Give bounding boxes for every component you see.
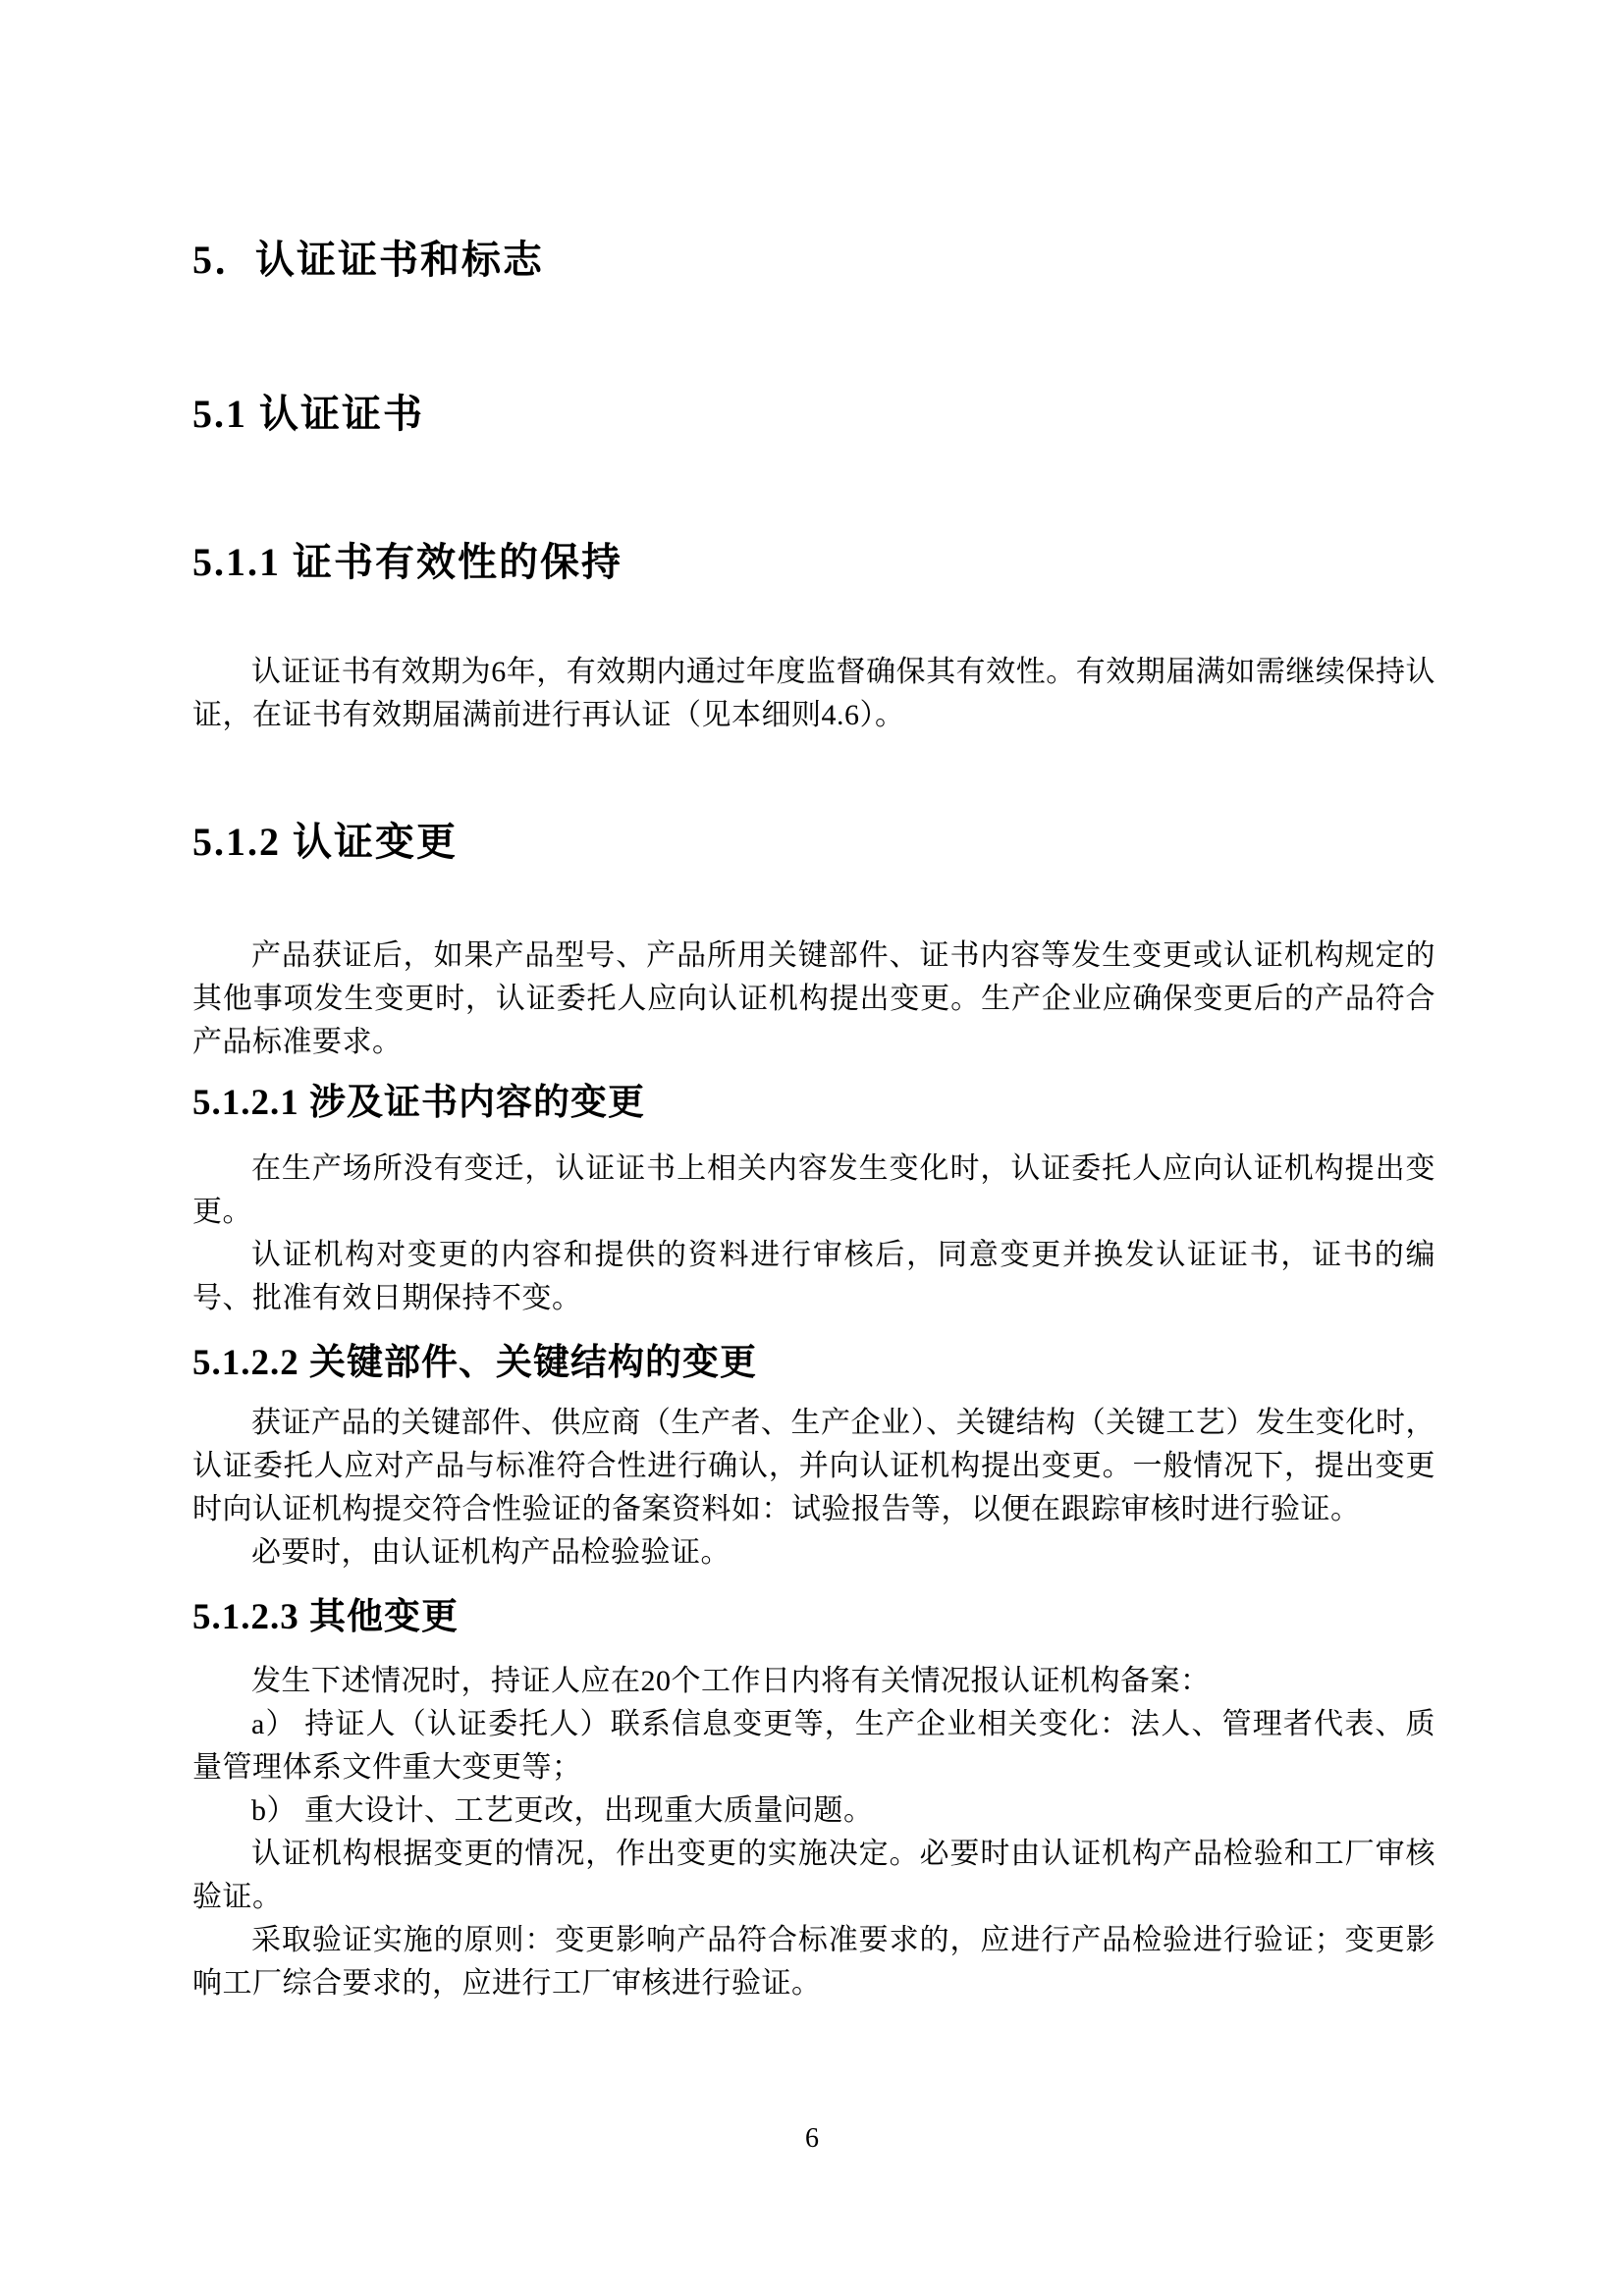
section-5-1-2-3-item-a: a） 持证人（认证委托人）联系信息变更等，生产企业相关变化：法人、管理者代表、质… bbox=[192, 1703, 1435, 1789]
section-5-1-2-3-paragraph: 采取验证实施的原则：变更影响产品符合标准要求的，应进行产品检验进行验证；变更影响… bbox=[192, 1919, 1435, 2005]
section-5-1-heading: 5.1 认证证书 bbox=[192, 390, 1435, 439]
section-5-1-2-1-heading: 5.1.2.1 涉及证书内容的变更 bbox=[192, 1080, 1435, 1126]
section-5-1-2-3-paragraph: 认证机构根据变更的情况，作出变更的实施决定。必要时由认证机构产品检验和工厂审核验… bbox=[192, 1833, 1435, 1919]
section-5-1-2-heading: 5.1.2 认证变更 bbox=[192, 818, 1435, 867]
page-footer: 6 bbox=[0, 2122, 1624, 2156]
page-number: 6 bbox=[805, 2123, 819, 2154]
section-5-1-2-3-heading: 5.1.2.3 其他变更 bbox=[192, 1594, 1435, 1640]
section-5-1-2-2-paragraph: 必要时，由认证机构产品检验验证。 bbox=[192, 1531, 1435, 1575]
chapter-heading: 5．认证证书和标志 bbox=[192, 236, 1435, 285]
section-5-1-1-paragraph: 认证证书有效期为6年，有效期内通过年度监督确保其有效性。有效期届满如需继续保持认… bbox=[192, 651, 1435, 737]
section-5-1-2-1-paragraph: 认证机构对变更的内容和提供的资料进行审核后，同意变更并换发认证证书，证书的编号、… bbox=[192, 1234, 1435, 1320]
section-5-1-2-2-heading: 5.1.2.2 关键部件、关键结构的变更 bbox=[192, 1340, 1435, 1386]
document-page: 5．认证证书和标志 5.1 认证证书 5.1.1 证书有效性的保持 认证证书有效… bbox=[0, 0, 1624, 2296]
section-5-1-2-3-item-b: b） 重大设计、工艺更改，出现重大质量问题。 bbox=[192, 1789, 1435, 1833]
section-5-1-2-3-paragraph: 发生下述情况时，持证人应在20个工作日内将有关情况报认证机构备案： bbox=[192, 1660, 1435, 1703]
section-5-1-2-1-paragraph: 在生产场所没有变迁，认证证书上相关内容发生变化时，认证委托人应向认证机构提出变更… bbox=[192, 1148, 1435, 1234]
section-5-1-1-heading: 5.1.1 证书有效性的保持 bbox=[192, 538, 1435, 587]
section-5-1-2-paragraph: 产品获证后，如果产品型号、产品所用关键部件、证书内容等发生变更或认证机构规定的其… bbox=[192, 934, 1435, 1064]
section-5-1-2-2-paragraph: 获证产品的关键部件、供应商（生产者、生产企业）、关键结构（关键工艺）发生变化时，… bbox=[192, 1402, 1435, 1531]
